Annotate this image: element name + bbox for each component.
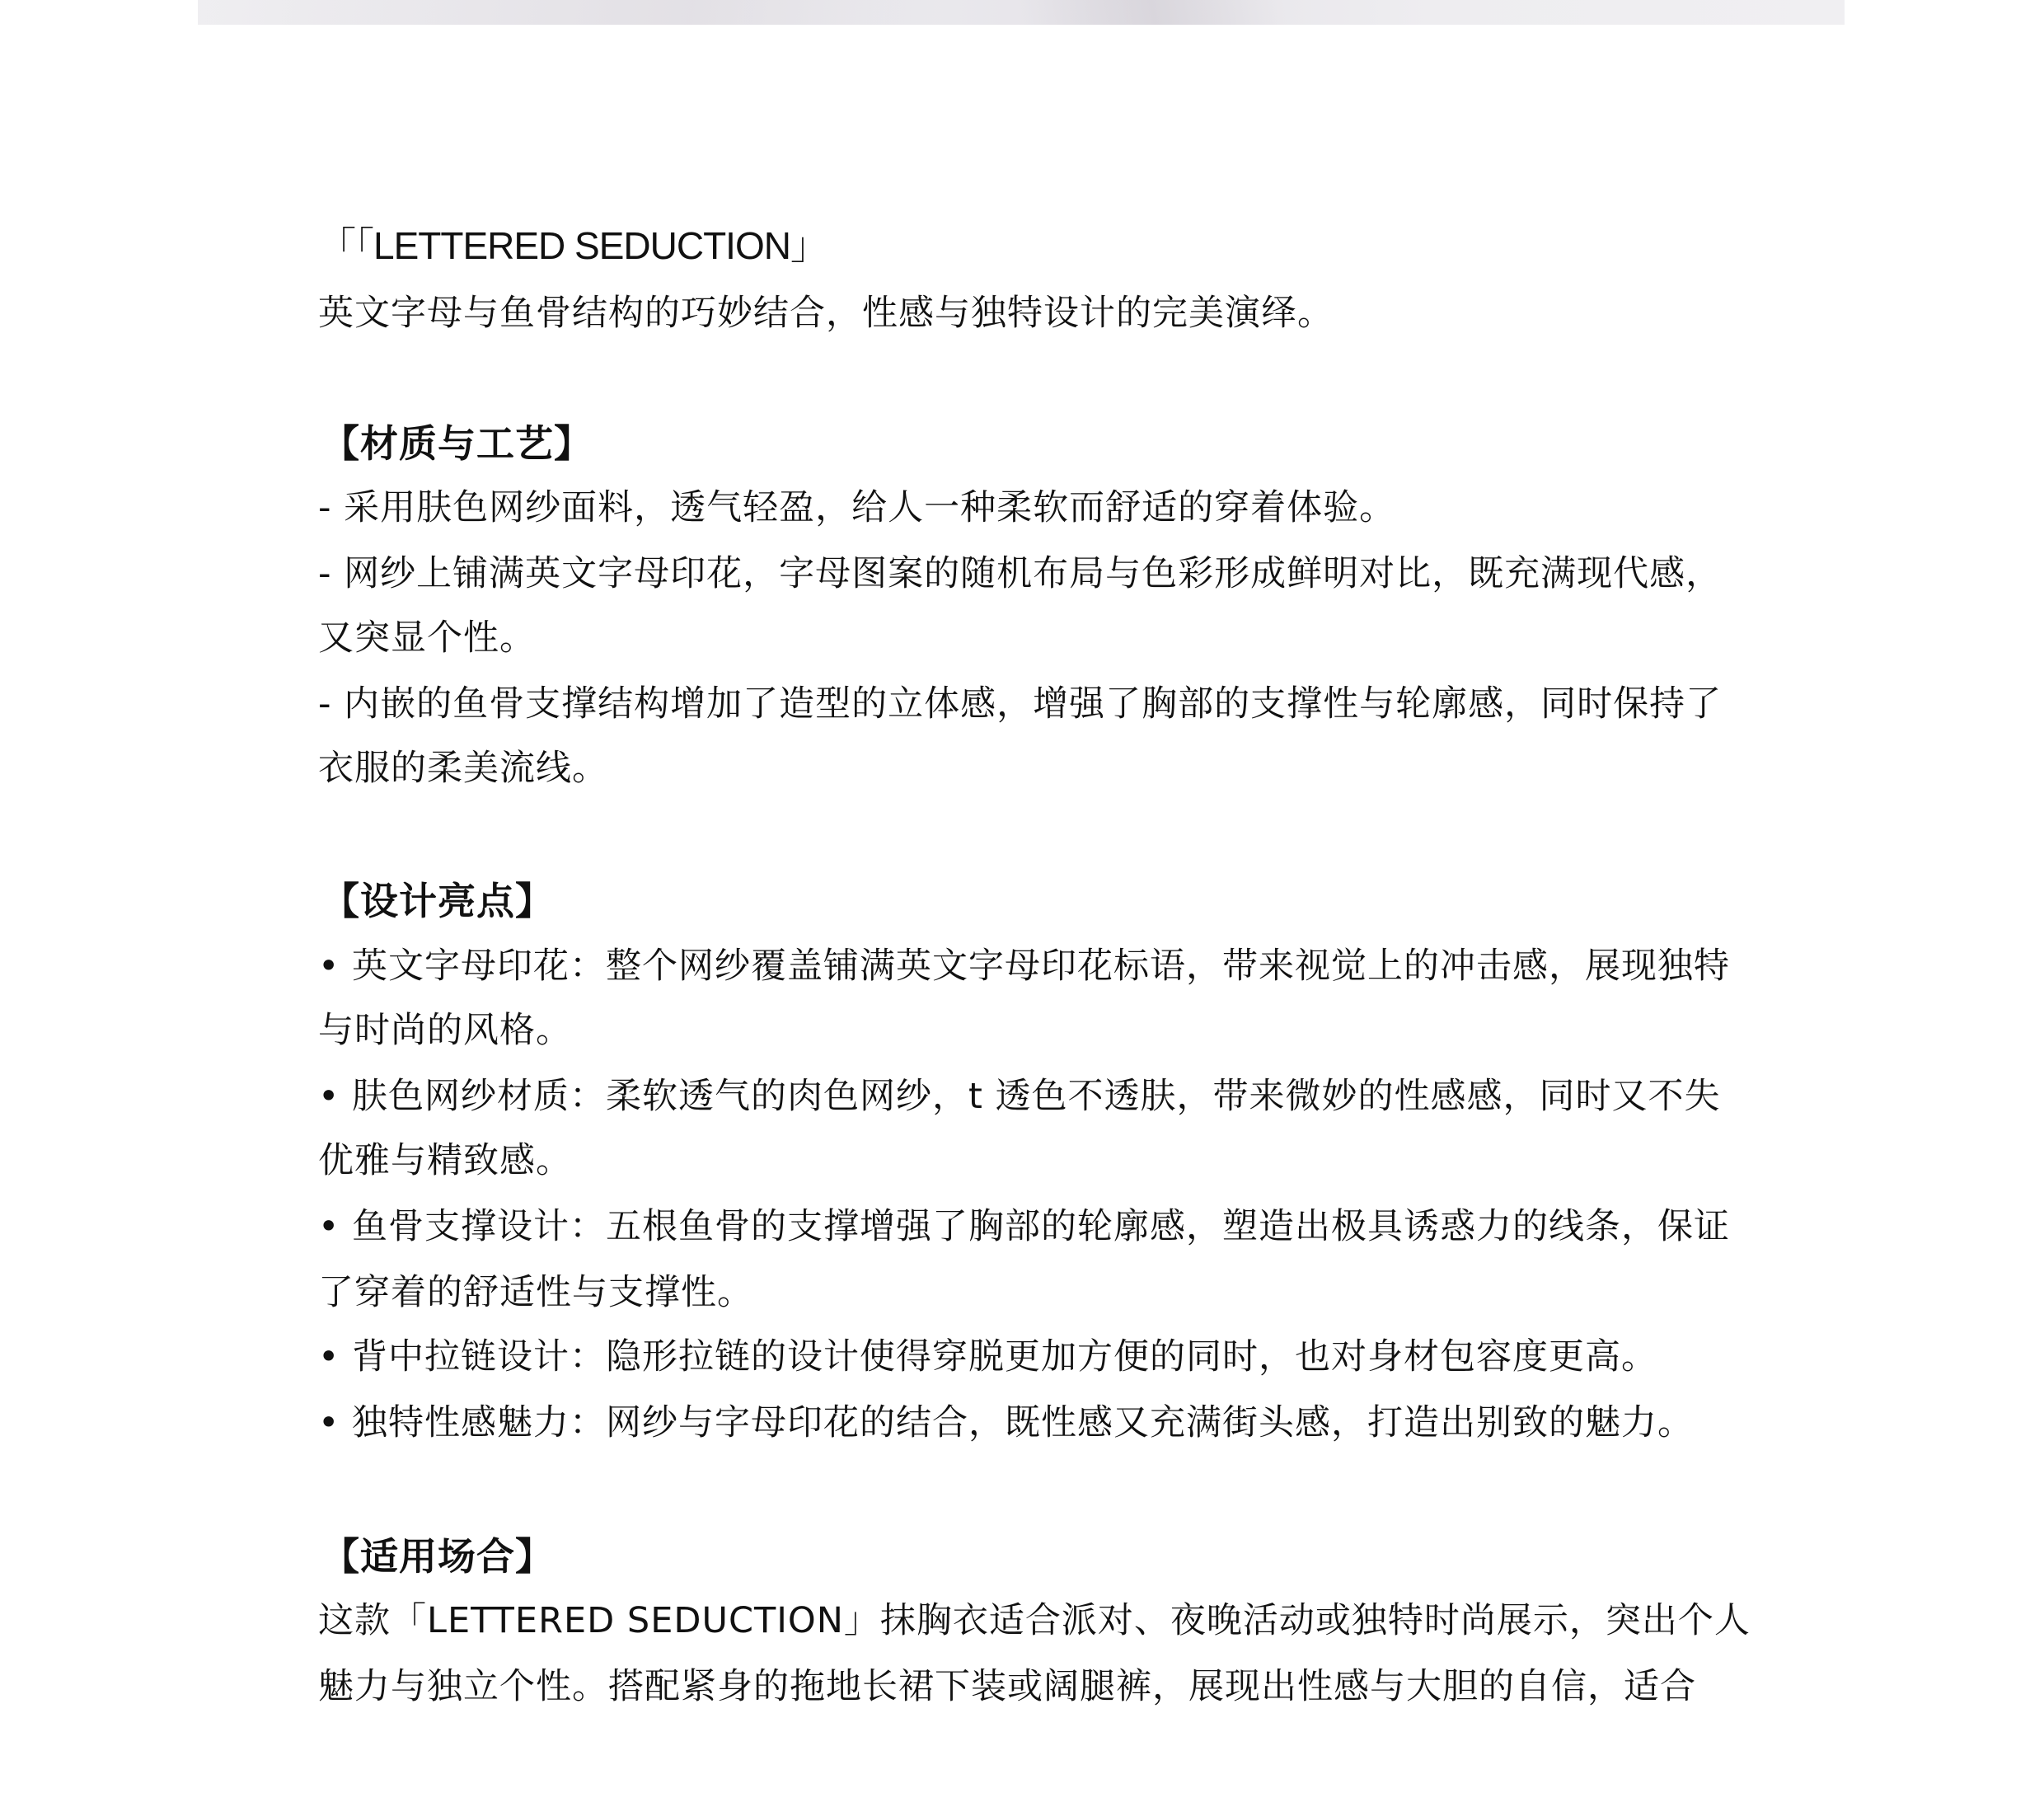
design-line: 与时尚的风格。 <box>318 1006 572 1055</box>
product-subtitle: 英文字母与鱼骨结构的巧妙结合，性感与独特设计的完美演绎。 <box>318 289 1334 338</box>
design-line: • 鱼骨支撑设计：五根鱼骨的支撑增强了胸部的轮廓感，塑造出极具诱惑力的线条，保证 <box>318 1202 1730 1251</box>
section-heading-design: 【设计亮点】 <box>321 876 554 926</box>
material-line: - 采用肤色网纱面料，透气轻盈，给人一种柔软而舒适的穿着体验。 <box>318 483 1395 533</box>
material-line: 又突显个性。 <box>318 613 536 663</box>
product-image-strip <box>198 0 1845 25</box>
material-line: 衣服的柔美流线。 <box>318 744 608 793</box>
material-line: - 网纱上铺满英文字母印花，字母图案的随机布局与色彩形成鲜明对比，既充满现代感， <box>318 549 1722 598</box>
design-line: 优雅与精致感。 <box>318 1136 572 1185</box>
section-heading-occasions: 【适用场合】 <box>321 1532 554 1581</box>
occasions-line: 魅力与独立个性。搭配紧身的拖地长裙下装或阔腿裤，展现出性感与大胆的自信，适合 <box>318 1662 1696 1711</box>
section-heading-material: 【材质与工艺】 <box>321 419 593 468</box>
material-line: - 内嵌的鱼骨支撑结构增加了造型的立体感，增强了胸部的支撑性与轮廓感，同时保持了 <box>318 679 1722 729</box>
occasions-line: 这款「LETTERED SEDUCTION」抹胸衣适合派对、夜晚活动或独特时尚展… <box>318 1596 1751 1645</box>
design-line: • 背中拉链设计：隐形拉链的设计使得穿脱更加方便的同时，也对身材包容度更高。 <box>318 1332 1657 1382</box>
design-line: • 独特性感魅力：网纱与字母印花的结合，既性感又充满街头感，打造出别致的魅力。 <box>318 1398 1694 1448</box>
design-line: • 英文字母印花：整个网纱覆盖铺满英文字母印花标语，带来视觉上的冲击感，展现独特 <box>318 941 1730 991</box>
product-title: 「「LETTERED SEDUCTION」 <box>318 221 827 270</box>
design-line: • 肤色网纱材质：柔软透气的肉色网纱，t 透色不透肤，带来微妙的性感感，同时又不… <box>318 1072 1721 1121</box>
design-line: 了穿着的舒适性与支撑性。 <box>318 1268 753 1317</box>
